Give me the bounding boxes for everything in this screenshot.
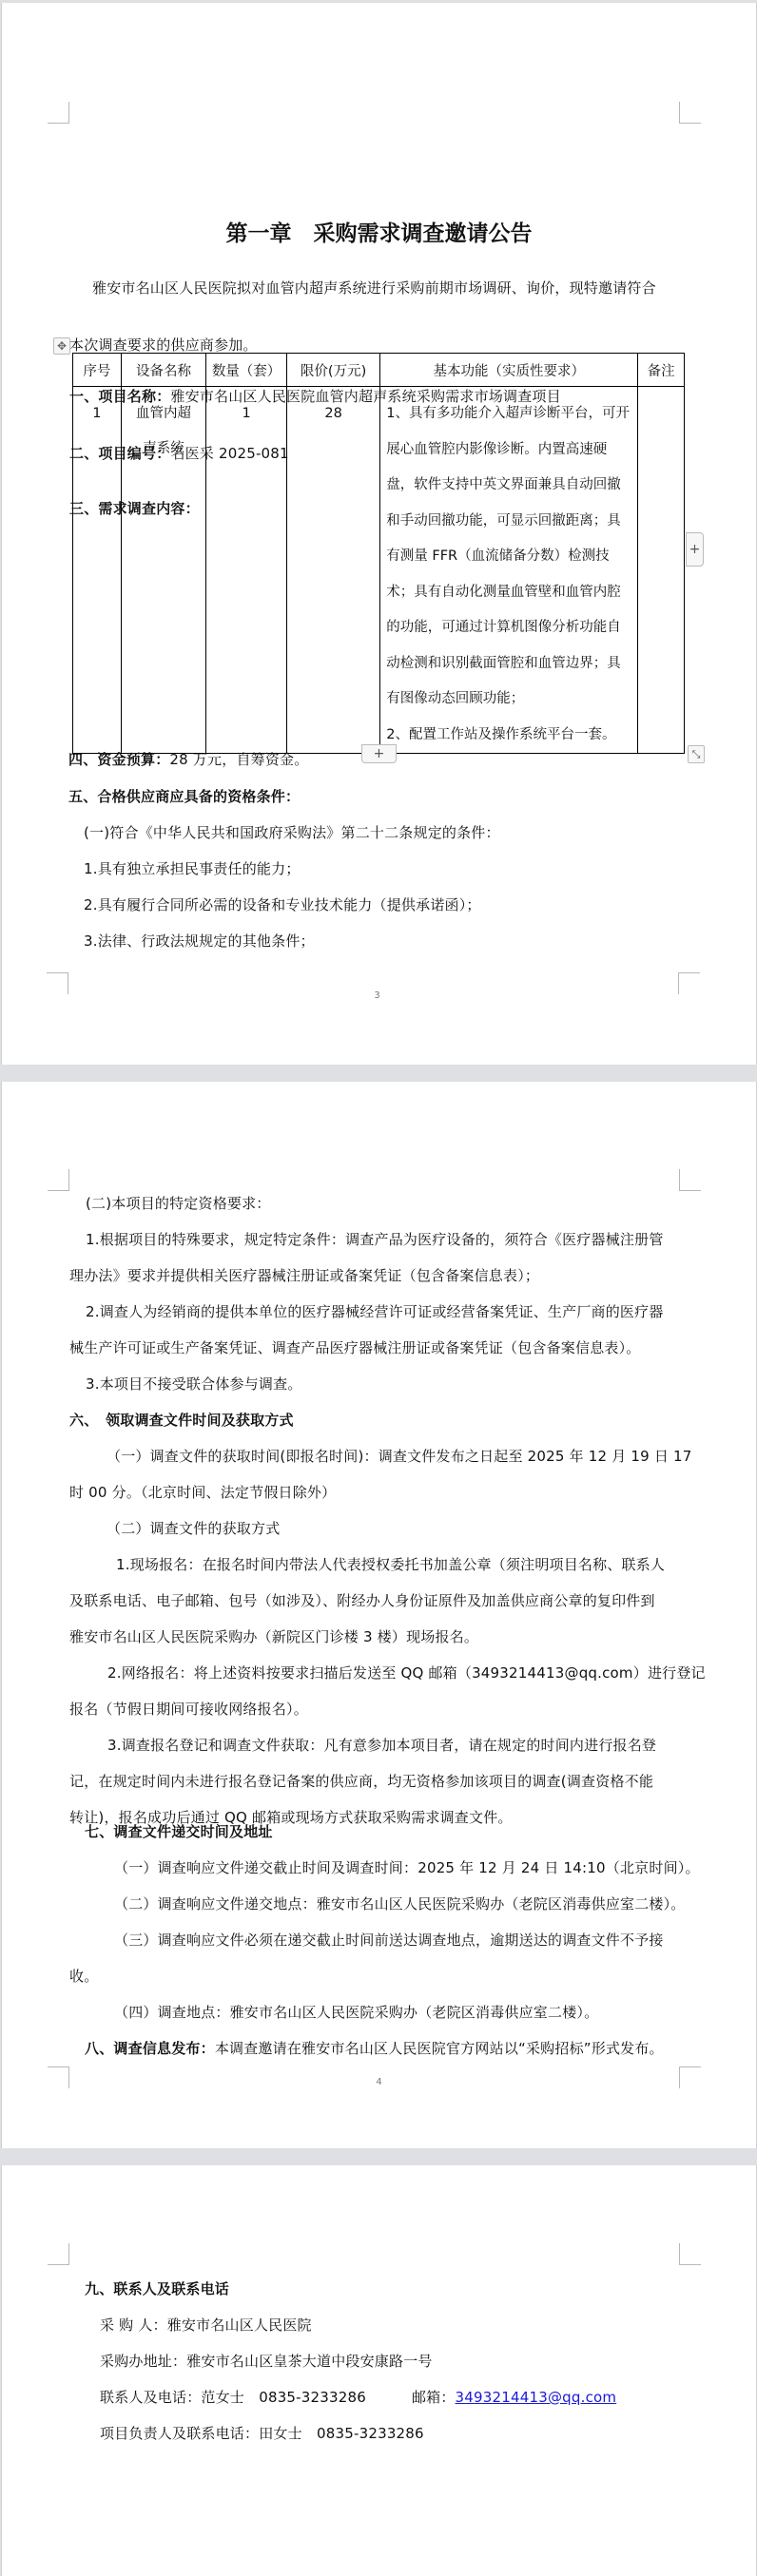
document-page-4: (二)本项目的特定资格要求： 1.根据项目的特殊要求，规定特定条件：调查产品为医… [1, 1082, 757, 2148]
obtain-method-heading: （二）调查文件的获取方式 [107, 1519, 280, 1538]
special-req-2-line2: 械生产许可证或生产备案凭证、调查产品医疗器械注册证或备案凭证（包含备案信息表）。 [69, 1338, 641, 1357]
special-req-1-line2: 理办法》要求并提供相关医疗器械注册证或备案凭证（包含备案信息表）； [69, 1266, 539, 1285]
special-req-2-line1: 2.调查人为经销商的提供本单位的医疗器械经营许可证或经营备案凭证、生产厂商的医疗… [86, 1302, 664, 1321]
header-remark: 备注 [638, 354, 685, 387]
onsite-registration-line3: 雅安市名山区人民医院采购办（新院区门诊楼 3 楼）现场报名。 [69, 1627, 478, 1646]
registration-docs-line2: 记，在规定时间内未进行报名登记备案的供应商，均无资格参加该项目的调查(调查资格不… [69, 1772, 653, 1791]
section-budget: 四、资金预算：28 万元，自筹资金。 [68, 750, 308, 769]
table-header-row: 序号 设备名称 数量（套） 限价(万元) 基本功能（实质性要求） 备注 [73, 354, 685, 387]
intro-line-1: 雅安市名山区人民医院拟对血管内超声系统进行采购前期市场调研、询价，现特邀请符合 [92, 279, 656, 298]
page-number: 4 [2, 2077, 756, 2087]
function-text-2: 2、配置工作站及操作系统平台一套。 [386, 727, 615, 742]
email-link[interactable]: 3493214413@qq.com [456, 2389, 617, 2406]
qualification-sub1: (一)符合《中华人民共和国政府采购法》第二十二条规定的条件： [84, 823, 500, 842]
contact-person-text: 联系人及电话：范女士 0835-3233286 [100, 2389, 366, 2406]
submission-location: （二）调查响应文件递交地点：雅安市名山区人民医院采购办（老院区消毒供应室二楼）。 [114, 1894, 686, 1913]
project-manager: 项目负责人及联系电话：田女士 0835-3233286 [100, 2424, 424, 2443]
add-row-button[interactable]: + [361, 744, 397, 763]
submission-deadline: （一）调查响应文件递交截止时间及调查时间：2025 年 12 月 24 日 14… [114, 1858, 700, 1877]
section-value: 本调查邀请在雅安市名山区人民医院官方网站以“采购招标”形式发布。 [215, 2040, 664, 2057]
document-page-5: 九、联系人及联系电话 采 购 人：雅安市名山区人民医院 采购办地址：雅安市名山区… [1, 2165, 757, 2576]
special-req-3: 3.本项目不接受联合体参与调查。 [86, 1375, 302, 1394]
contact-buyer: 采 购 人：雅安市名山区人民医院 [100, 2316, 312, 2335]
qualification-item: 1.具有独立承担民事责任的能力； [84, 859, 301, 878]
header-no: 序号 [73, 354, 122, 387]
section-obtain-docs: 六、 领取调查文件时间及获取方式 [69, 1411, 294, 1430]
section-value: 28 万元，自筹资金。 [169, 751, 308, 768]
email-label: 邮箱： [412, 2389, 456, 2406]
margin-corner-mark [679, 102, 701, 124]
section-contacts: 九、联系人及联系电话 [85, 2279, 229, 2298]
intro-line-2: 本次调查要求的供应商参加。 [69, 336, 258, 355]
contact-address: 采购办地址：雅安市名山区皇茶大道中段安康路一号 [100, 2352, 433, 2371]
header-device-name: 设备名称 [121, 354, 206, 387]
header-quantity: 数量（套） [206, 354, 287, 387]
contact-person: 联系人及电话：范女士 0835-3233286 邮箱：3493214413@qq… [100, 2388, 616, 2407]
special-req-1-line1: 1.根据项目的特殊要求，规定特定条件：调查产品为医疗设备的，须符合《医疗器械注册… [86, 1230, 664, 1249]
section-submission: 七、调查文件递交时间及地址 [85, 1822, 273, 1841]
onsite-registration-line2: 及联系电话、电子邮箱、包号（如涉及）、附经办人身份证原件及加盖供应商公章的复印件… [69, 1591, 655, 1610]
submission-late-line1: （三）调查响应文件必须在递交截止时间前送达调查地点，逾期送达的调查文件不予接 [114, 1931, 664, 1950]
cell-no[interactable]: 1 [73, 387, 122, 754]
survey-location: （四）调查地点：雅安市名山区人民医院采购办（老院区消毒供应室二楼）。 [114, 2003, 598, 2022]
page-number: 3 [0, 990, 754, 1001]
requirements-table: 序号 设备名称 数量（套） 限价(万元) 基本功能（实质性要求） 备注 1 血管… [72, 353, 685, 754]
margin-corner-mark [48, 2243, 69, 2265]
margin-corner-mark [48, 102, 69, 124]
section-label: 四、资金预算： [68, 751, 169, 768]
table-move-handle-icon[interactable]: ✥ [53, 337, 70, 355]
obtain-time-line2: 时 00 分。（北京时间、法定节假日除外） [69, 1483, 336, 1502]
online-registration-line1: 2.网络报名：将上述资料按要求扫描后发送至 QQ 邮箱（3493214413@q… [107, 1663, 706, 1682]
submission-late-line2: 收。 [69, 1967, 98, 1986]
cell-remark[interactable] [638, 387, 685, 754]
margin-corner-mark [48, 1169, 69, 1191]
margin-corner-mark [679, 2243, 701, 2265]
qualification-item: 3.法律、行政法规规定的其他条件； [84, 932, 315, 951]
function-text-1: 1、具有多功能介入超声诊断平台，可开展心血管腔内影像诊断。内置高速硬盘，软件支持… [386, 406, 630, 706]
header-price-limit: 限价(万元) [286, 354, 379, 387]
obtain-time-line1: （一）调查文件的获取时间(即报名时间)：调查文件发布之日起至 2025 年 12… [107, 1447, 692, 1466]
qualification-item: 2.具有履行合同所必需的设备和专业技术能力（提供承诺函）； [84, 895, 481, 914]
page-title: 第一章 采购需求调查邀请公告 [2, 216, 756, 247]
add-column-button[interactable]: + [686, 532, 704, 567]
qualification-sub2: (二)本项目的特定资格要求： [86, 1194, 271, 1213]
section-publication: 八、调查信息发布：本调查邀请在雅安市名山区人民医院官方网站以“采购招标”形式发布… [85, 2039, 664, 2058]
margin-corner-mark [679, 1169, 701, 1191]
onsite-registration-line1: 1.现场报名：在报名时间内带法人代表授权委托书加盖公章（须注明项目名称、联系人 [116, 1555, 665, 1574]
section-qualifications: 五、合格供应商应具备的资格条件： [68, 787, 300, 806]
table-row: 1 血管内超声系统 1 28 1、具有多功能介入超声诊断平台，可开展心血管腔内影… [73, 387, 685, 754]
cell-device-name[interactable]: 血管内超声系统 [121, 387, 206, 754]
cell-quantity[interactable]: 1 [206, 387, 287, 754]
section-label: 八、调查信息发布： [85, 2040, 215, 2057]
header-function: 基本功能（实质性要求） [380, 354, 638, 387]
cell-function[interactable]: 1、具有多功能介入超声诊断平台，可开展心血管腔内影像诊断。内置高速硬盘，软件支持… [380, 387, 638, 754]
cell-price[interactable]: 28 [286, 387, 379, 754]
online-registration-line2: 报名（节假日期间可接收网络报名）。 [69, 1700, 308, 1719]
registration-docs-line1: 3.调查报名登记和调查文件获取：凡有意参加本项目者，请在规定的时间内进行报名登 [107, 1736, 656, 1755]
table-resize-icon[interactable]: ⤡ [688, 745, 705, 763]
